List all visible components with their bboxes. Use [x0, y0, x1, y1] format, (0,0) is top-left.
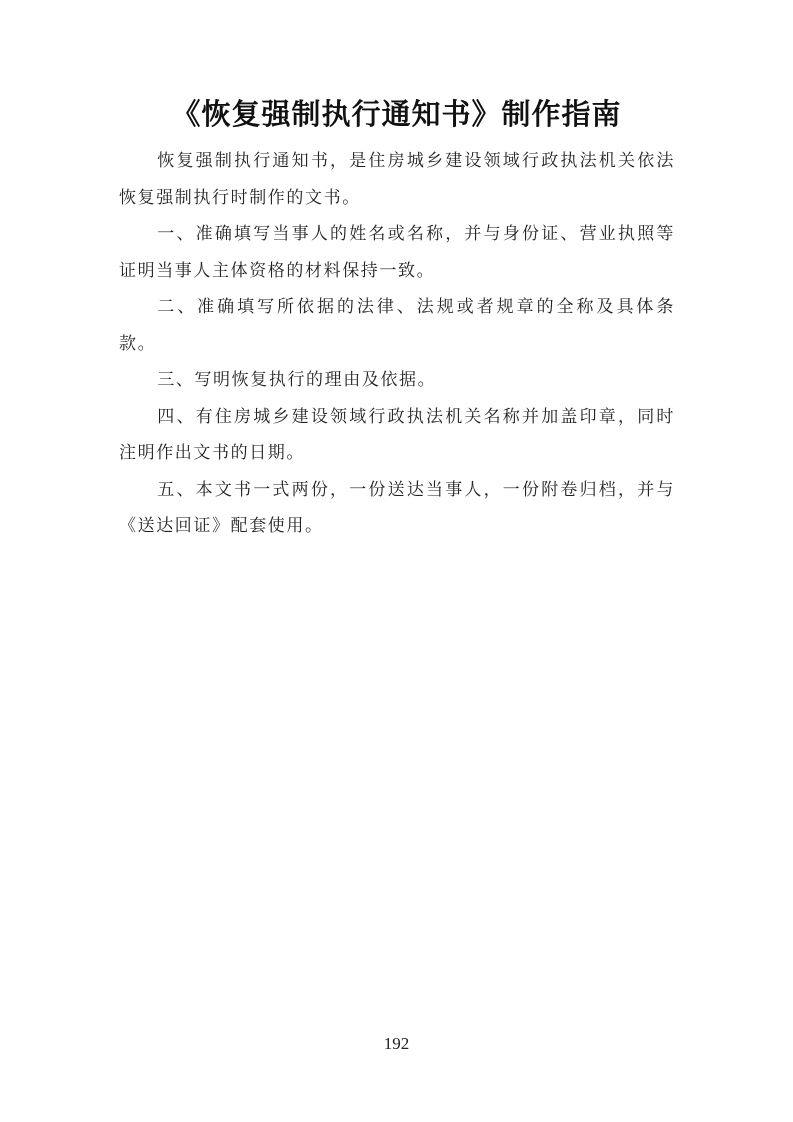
paragraph-item-2: 二、准确填写所依据的法律、法规或者规章的全称及具体条款。 [119, 289, 675, 362]
paragraph-intro: 恢复强制执行通知书，是住房城乡建设领域行政执法机关依法恢复强制执行时制作的文书。 [119, 143, 675, 216]
paragraph-item-4: 四、有住房城乡建设领域行政执法机关名称并加盖印章，同时注明作出文书的日期。 [119, 399, 675, 472]
paragraph-item-3: 三、写明恢复执行的理由及依据。 [119, 362, 675, 399]
paragraph-item-5: 五、本文书一式两份，一份送达当事人，一份附卷归档，并与《送达回证》配套使用。 [119, 472, 675, 545]
document-title: 《恢复强制执行通知书》制作指南 [0, 92, 793, 136]
document-body: 恢复强制执行通知书，是住房城乡建设领域行政执法机关依法恢复强制执行时制作的文书。… [119, 143, 675, 545]
paragraph-item-1: 一、准确填写当事人的姓名或名称，并与身份证、营业执照等证明当事人主体资格的材料保… [119, 216, 675, 289]
page-number: 192 [0, 1034, 793, 1054]
document-page: 《恢复强制执行通知书》制作指南 恢复强制执行通知书，是住房城乡建设领域行政执法机… [0, 0, 793, 1122]
